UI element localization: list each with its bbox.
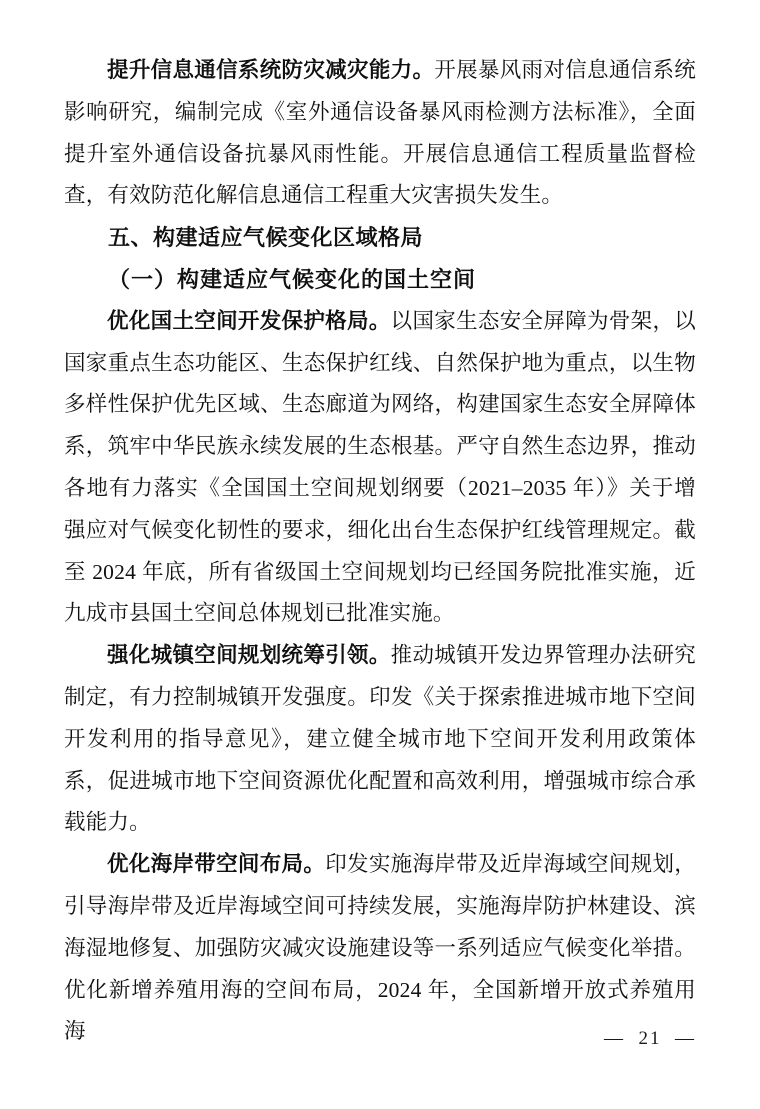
paragraph-text: 以国家生态安全屏障为骨架，以国家重点生态功能区、生态保护红线、自然保护地为重点，… bbox=[64, 309, 696, 626]
paragraph-lead: 优化海岸带空间布局。 bbox=[107, 852, 325, 876]
subsection-heading: （一）构建适应气候变化的国土空间 bbox=[64, 259, 696, 301]
paragraph-info-comm-resilience: 提升信息通信系统防灾减灾能力。开展暴风雨对信息通信系统影响研究，编制完成《室外通… bbox=[64, 50, 696, 217]
paragraph-land-space-protection: 优化国土空间开发保护格局。以国家生态安全屏障为骨架，以国家重点生态功能区、生态保… bbox=[64, 301, 696, 635]
paragraph-coastal-zone-layout: 优化海岸带空间布局。印发实施海岸带及近岸海域空间规划，引导海岸带及近岸海域空间可… bbox=[64, 844, 696, 1053]
paragraph-urban-space-planning: 强化城镇空间规划统筹引领。推动城镇开发边界管理办法研究制定，有力控制城镇开发强度… bbox=[64, 635, 696, 844]
paragraph-lead: 优化国土空间开发保护格局。 bbox=[107, 309, 391, 333]
paragraph-text: 推动城镇开发边界管理办法研究制定，有力控制城镇开发强度。印发《关于探索推进城市地… bbox=[64, 643, 696, 834]
page-number: — 21 — bbox=[604, 1028, 696, 1050]
document-page: 提升信息通信系统防灾减灾能力。开展暴风雨对信息通信系统影响研究，编制完成《室外通… bbox=[0, 0, 760, 1109]
paragraph-text: 印发实施海岸带及近岸海域空间规划，引导海岸带及近岸海域空间可持续发展，实施海岸防… bbox=[64, 852, 696, 1043]
section-heading: 五、构建适应气候变化区域格局 bbox=[64, 217, 696, 259]
document-content: 提升信息通信系统防灾减灾能力。开展暴风雨对信息通信系统影响研究，编制完成《室外通… bbox=[64, 50, 696, 1053]
paragraph-lead: 强化城镇空间规划统筹引领。 bbox=[107, 643, 391, 667]
paragraph-lead: 提升信息通信系统防灾减灾能力。 bbox=[107, 58, 434, 82]
